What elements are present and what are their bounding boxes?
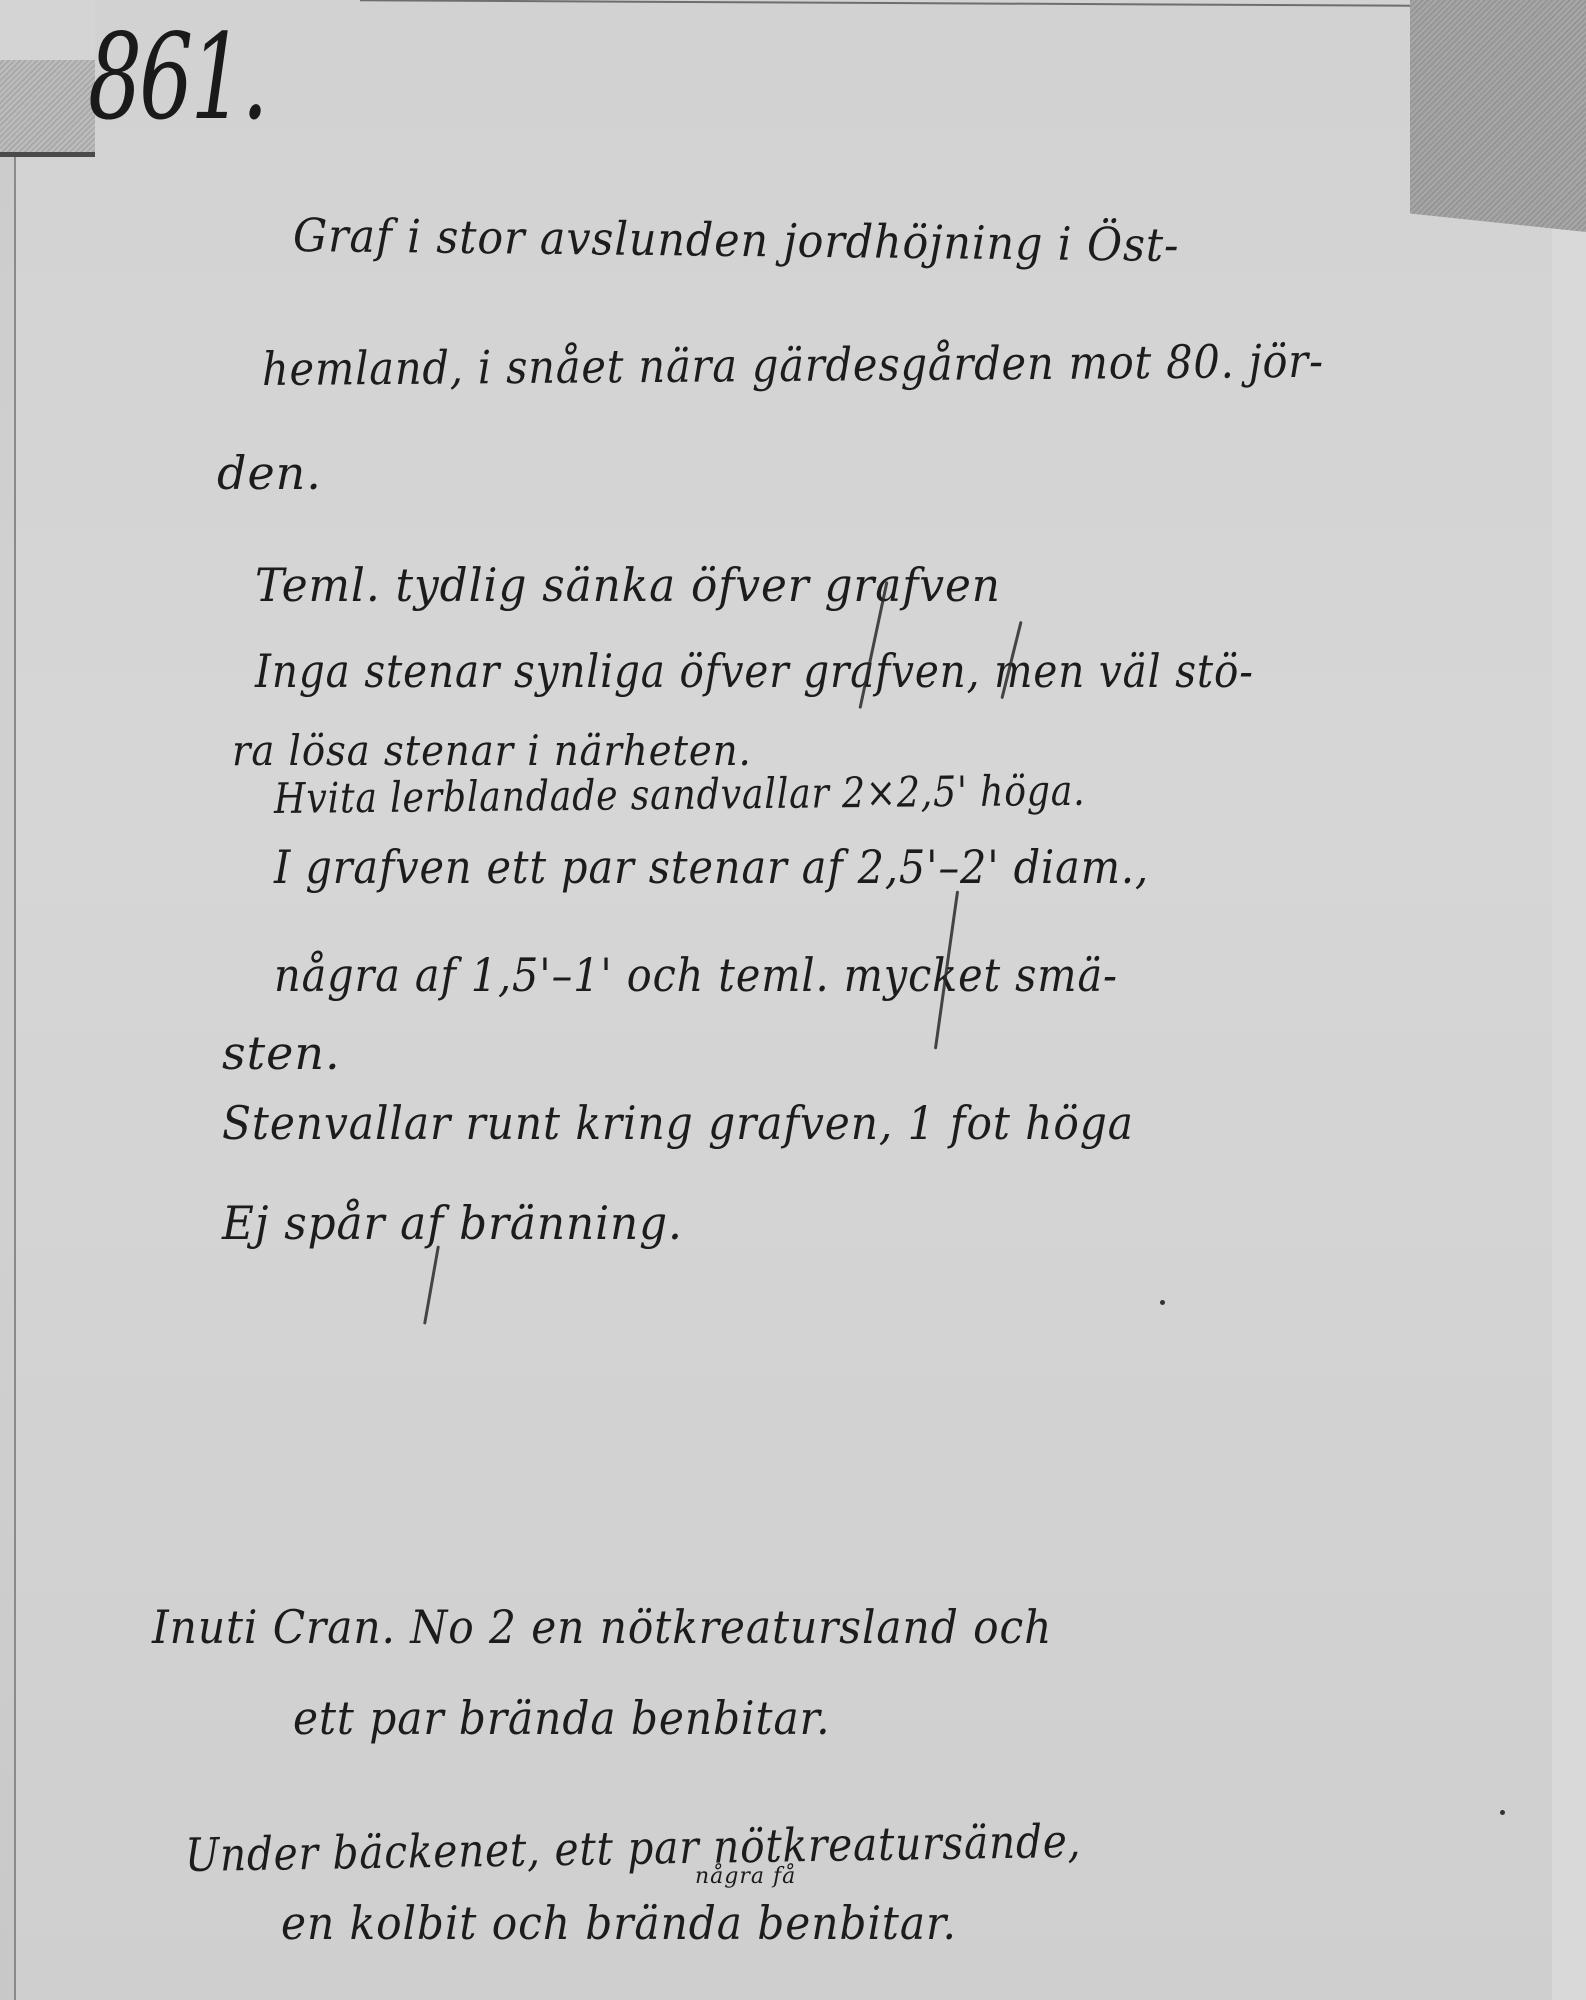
corner-tape-right — [1410, 0, 1586, 232]
page-edge-strip — [1552, 0, 1586, 2000]
manuscript-line: sten. — [222, 1030, 341, 1076]
scanned-manuscript-page: 861. Graf i stor avslunden jordhöjning i… — [0, 0, 1586, 2000]
ink-speck — [1160, 1300, 1165, 1305]
manuscript-line: Inuti Cran. No 2 en nötkreatursland och — [152, 1604, 1052, 1650]
manuscript-line: Stenvallar runt kring grafven, 1 fot hög… — [222, 1100, 1134, 1146]
ink-speck — [1500, 1810, 1505, 1815]
manuscript-line: ett par brända benbitar. — [293, 1695, 830, 1741]
manuscript-line: en kolbit och brända benbitar. — [281, 1900, 957, 1946]
page-number: 861. — [88, 18, 266, 136]
manuscript-line: Graf i stor avslunden jordhöjning i Öst- — [293, 212, 1180, 268]
manuscript-line: Ej spår af bränning. — [222, 1200, 683, 1246]
manuscript-line: Under bäckenet, ett par nötkreatursände, — [185, 1818, 1082, 1878]
corner-tape-left — [0, 0, 95, 157]
manuscript-line: den. — [217, 450, 322, 496]
manuscript-line: Inga stenar synliga öfver grafven, men v… — [255, 648, 1254, 694]
manuscript-line: Teml. tydlig sänka öfver grafven — [255, 562, 1001, 608]
manuscript-line: ra lösa stenar i närheten. — [232, 730, 752, 772]
manuscript-line: Hvita lerblandade sandvallar 2×2,5' höga… — [274, 770, 1086, 820]
manuscript-line: I grafven ett par stenar af 2,5'–2' diam… — [274, 844, 1149, 890]
manuscript-line: hemland, i snået nära gärdesgården mot 8… — [262, 338, 1324, 392]
interlinear-insertion: några få — [695, 1866, 796, 1888]
manuscript-line: några af 1,5'–1' och teml. mycket smä- — [274, 952, 1118, 998]
